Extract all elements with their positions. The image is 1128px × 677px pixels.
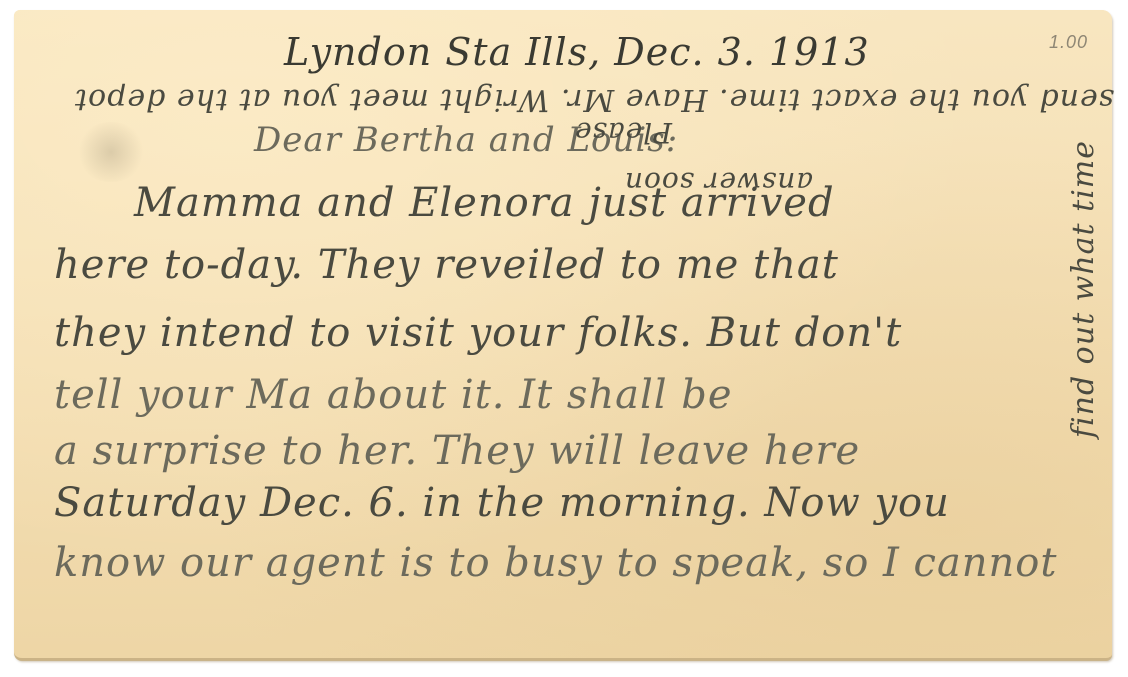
upside-down-line-1: send you the exact time. Have Mr. Wright…: [74, 82, 1114, 117]
price-mark: 1.00: [1049, 32, 1088, 53]
margin-note-vertical: find out what time: [1066, 140, 1101, 438]
body-line-2: here to-day. They reveiled to me that: [54, 242, 839, 288]
postcard: 1.00 Lyndon Sta Ills, Dec. 3. 1913 send …: [14, 10, 1112, 660]
body-line-7: know our agent is to busy to speak, so I…: [54, 540, 1057, 586]
body-line-4: tell your Ma about it. It shall be: [54, 372, 733, 418]
ink-smudge: [76, 122, 146, 182]
body-line-5: a surprise to her. They will leave here: [54, 428, 860, 474]
body-line-6: Saturday Dec. 6. in the morning. Now you: [54, 480, 950, 526]
upside-down-line-2: Please: [574, 116, 672, 149]
body-line-1: Mamma and Elenora just arrived: [134, 180, 835, 226]
body-line-3: they intend to visit your folks. But don…: [54, 310, 902, 356]
dateline-heading: Lyndon Sta Ills, Dec. 3. 1913: [284, 30, 870, 74]
